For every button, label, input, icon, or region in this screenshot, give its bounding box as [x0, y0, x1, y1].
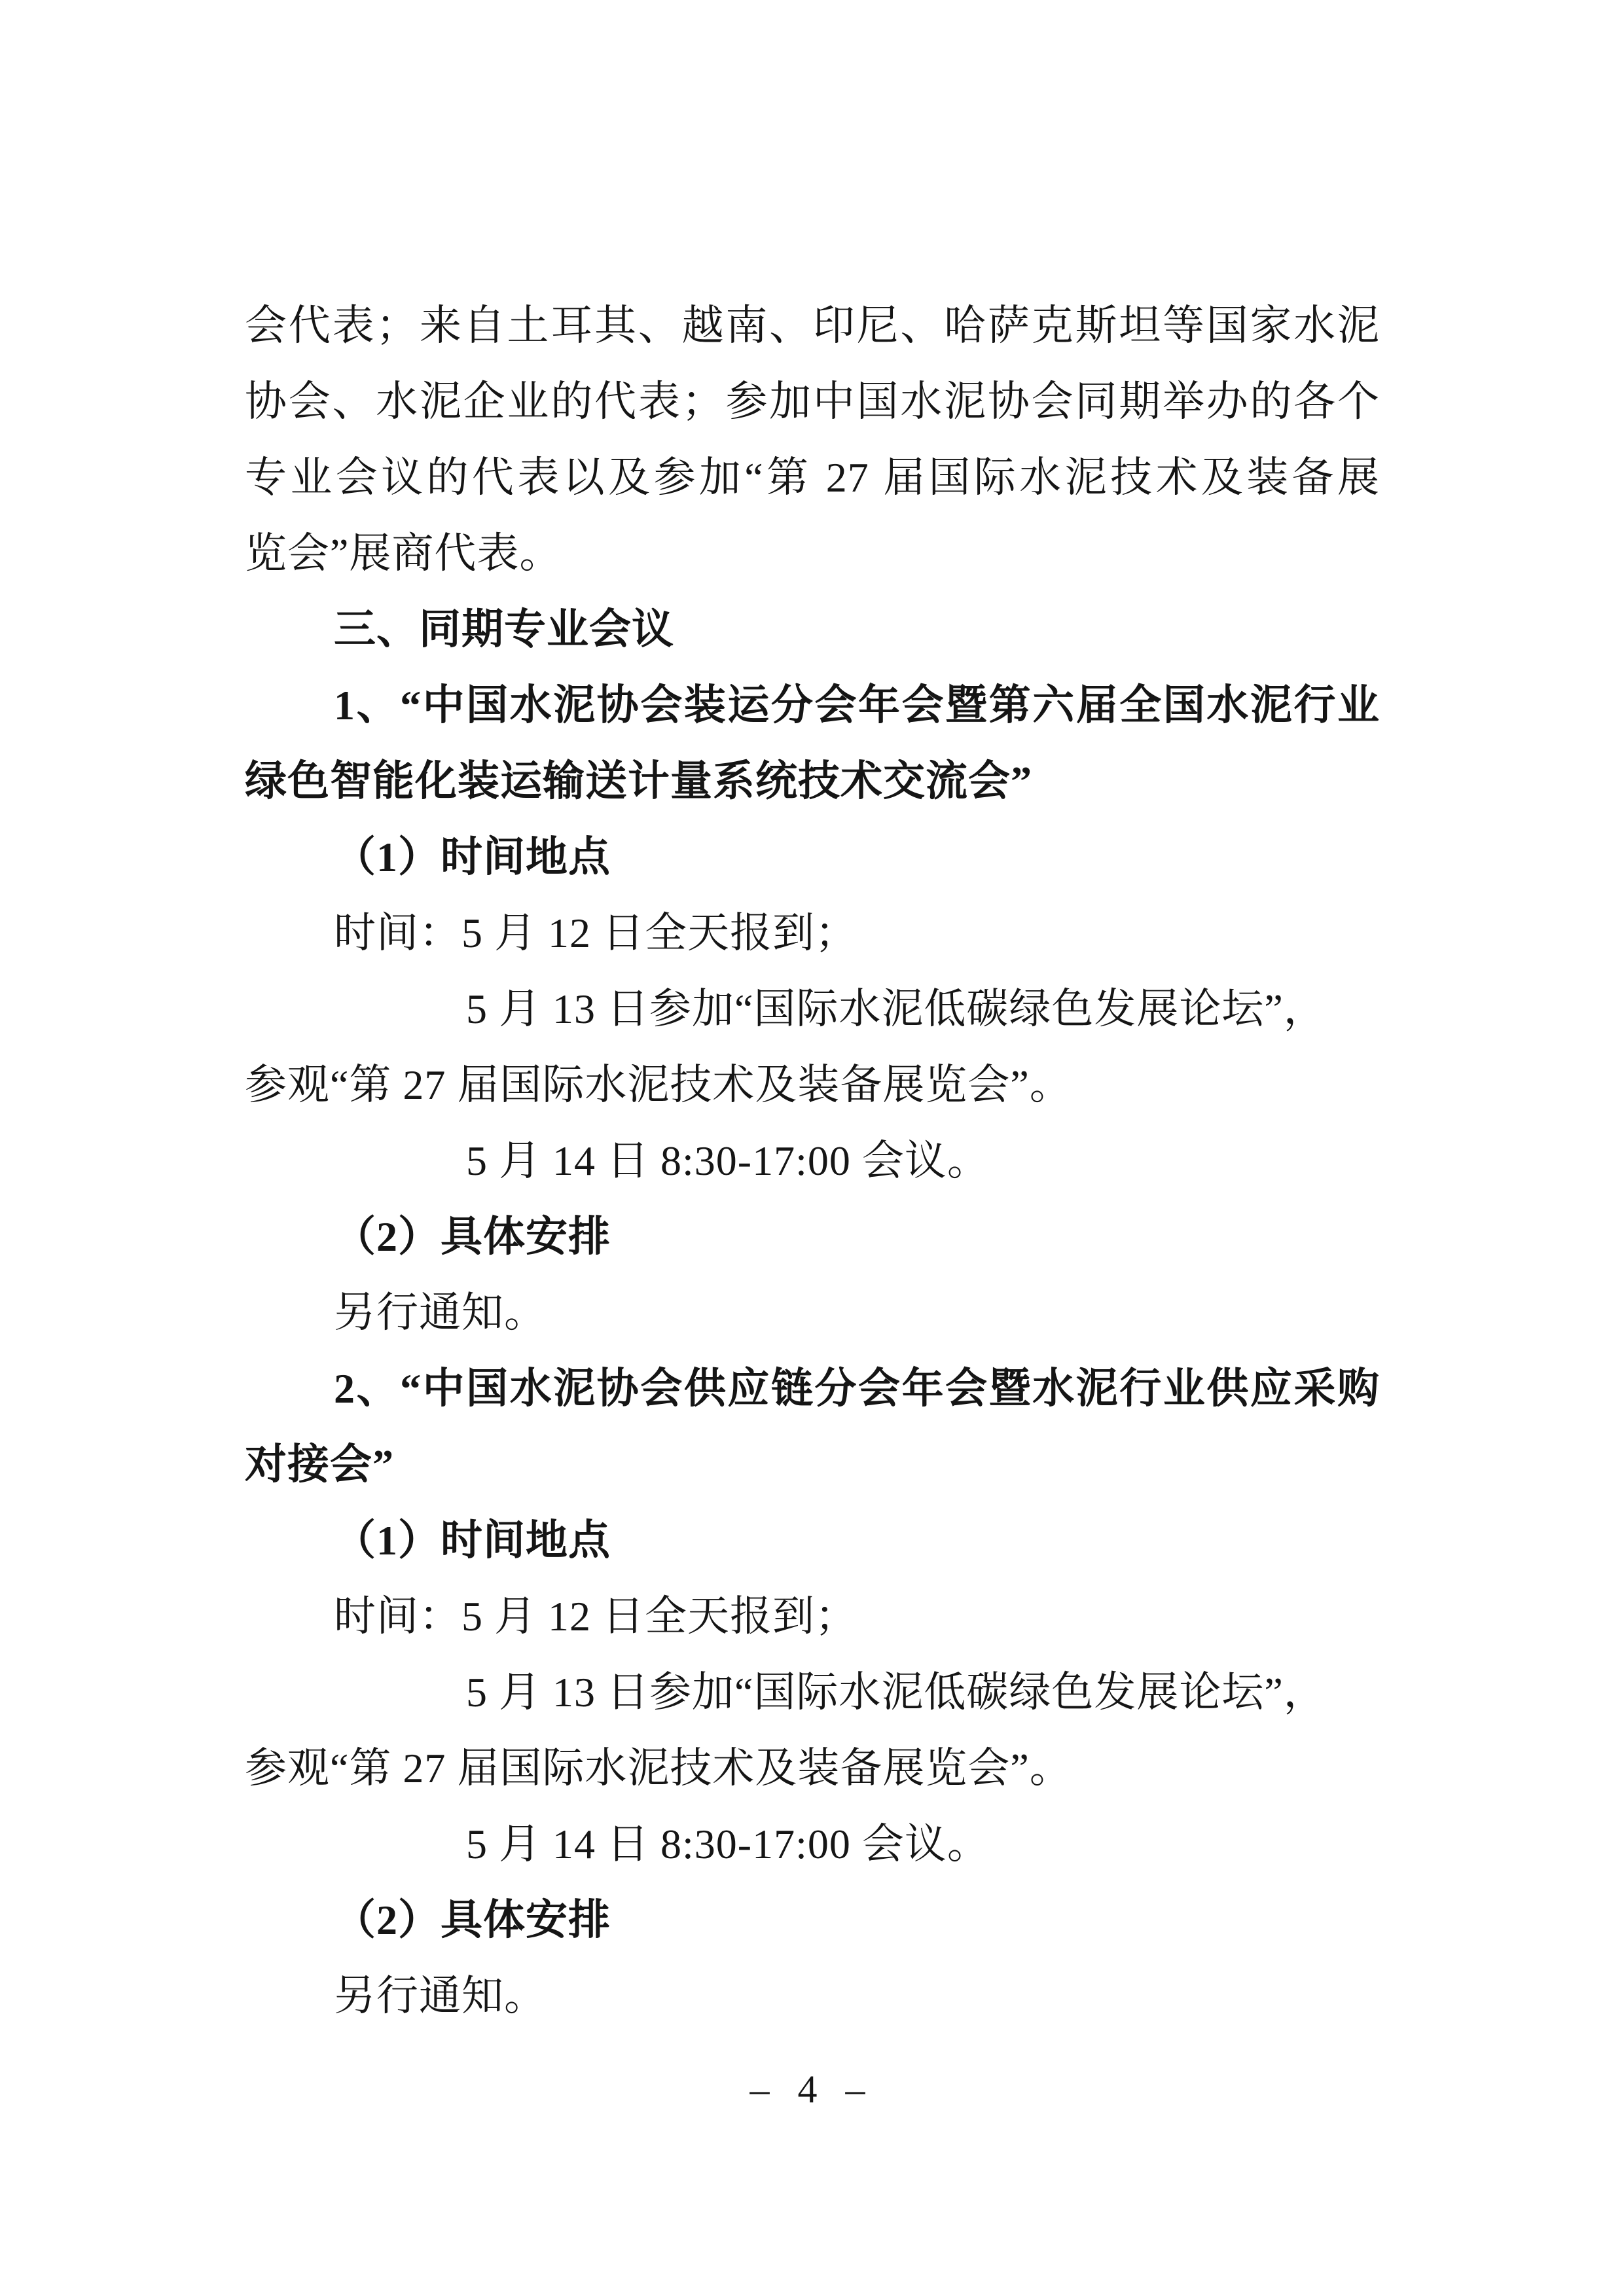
- document-page: 会代表；来自土耳其、越南、印尼、哈萨克斯坦等国家水泥 协会、水泥企业的代表；参加…: [0, 0, 1624, 2296]
- page-number: – 4 –: [750, 2068, 875, 2111]
- heading-line: 对接会”: [245, 1427, 1380, 1503]
- page-footer: – 4 –: [0, 2067, 1624, 2112]
- subsection-heading: （2）具体安排: [245, 1882, 1380, 1958]
- text-line: 5 月 14 日 8:30-17:00 会议。: [245, 1123, 1380, 1199]
- text-line: 5 月 13 日参加“国际水泥低碳绿色发展论坛”，: [245, 971, 1380, 1047]
- heading-line: 1、“中国水泥协会装运分会年会暨第六届全国水泥行业: [245, 668, 1380, 744]
- subsection-heading: （1）时间地点: [245, 1503, 1380, 1579]
- text-line: 览会”展商代表。: [245, 516, 1380, 592]
- text-line: 时间：5 月 12 日全天报到；: [245, 1579, 1380, 1655]
- text-line: 专业会议的代表以及参加“第 27 届国际水泥技术及装备展: [245, 440, 1380, 516]
- text-line: 另行通知。: [245, 1275, 1380, 1351]
- heading-line: 2、“中国水泥协会供应链分会年会暨水泥行业供应采购: [245, 1351, 1380, 1427]
- text-line: 5 月 14 日 8:30-17:00 会议。: [245, 1806, 1380, 1882]
- text-line: 时间：5 月 12 日全天报到；: [245, 895, 1380, 971]
- text-line: 会代表；来自土耳其、越南、印尼、哈萨克斯坦等国家水泥: [245, 288, 1380, 364]
- text-line: 协会、水泥企业的代表；参加中国水泥协会同期举办的各个: [245, 364, 1380, 440]
- text-line: 参观“第 27 届国际水泥技术及装备展览会”。: [245, 1047, 1380, 1123]
- section-heading: 三、同期专业会议: [245, 592, 1380, 668]
- document-body: 会代表；来自土耳其、越南、印尼、哈萨克斯坦等国家水泥 协会、水泥企业的代表；参加…: [245, 288, 1380, 2034]
- text-line: 另行通知。: [245, 1958, 1380, 2034]
- subsection-heading: （2）具体安排: [245, 1199, 1380, 1275]
- text-line: 5 月 13 日参加“国际水泥低碳绿色发展论坛”，: [245, 1655, 1380, 1731]
- heading-line: 绿色智能化装运输送计量系统技术交流会”: [245, 744, 1380, 819]
- subsection-heading: （1）时间地点: [245, 819, 1380, 895]
- text-line: 参观“第 27 届国际水泥技术及装备展览会”。: [245, 1731, 1380, 1806]
